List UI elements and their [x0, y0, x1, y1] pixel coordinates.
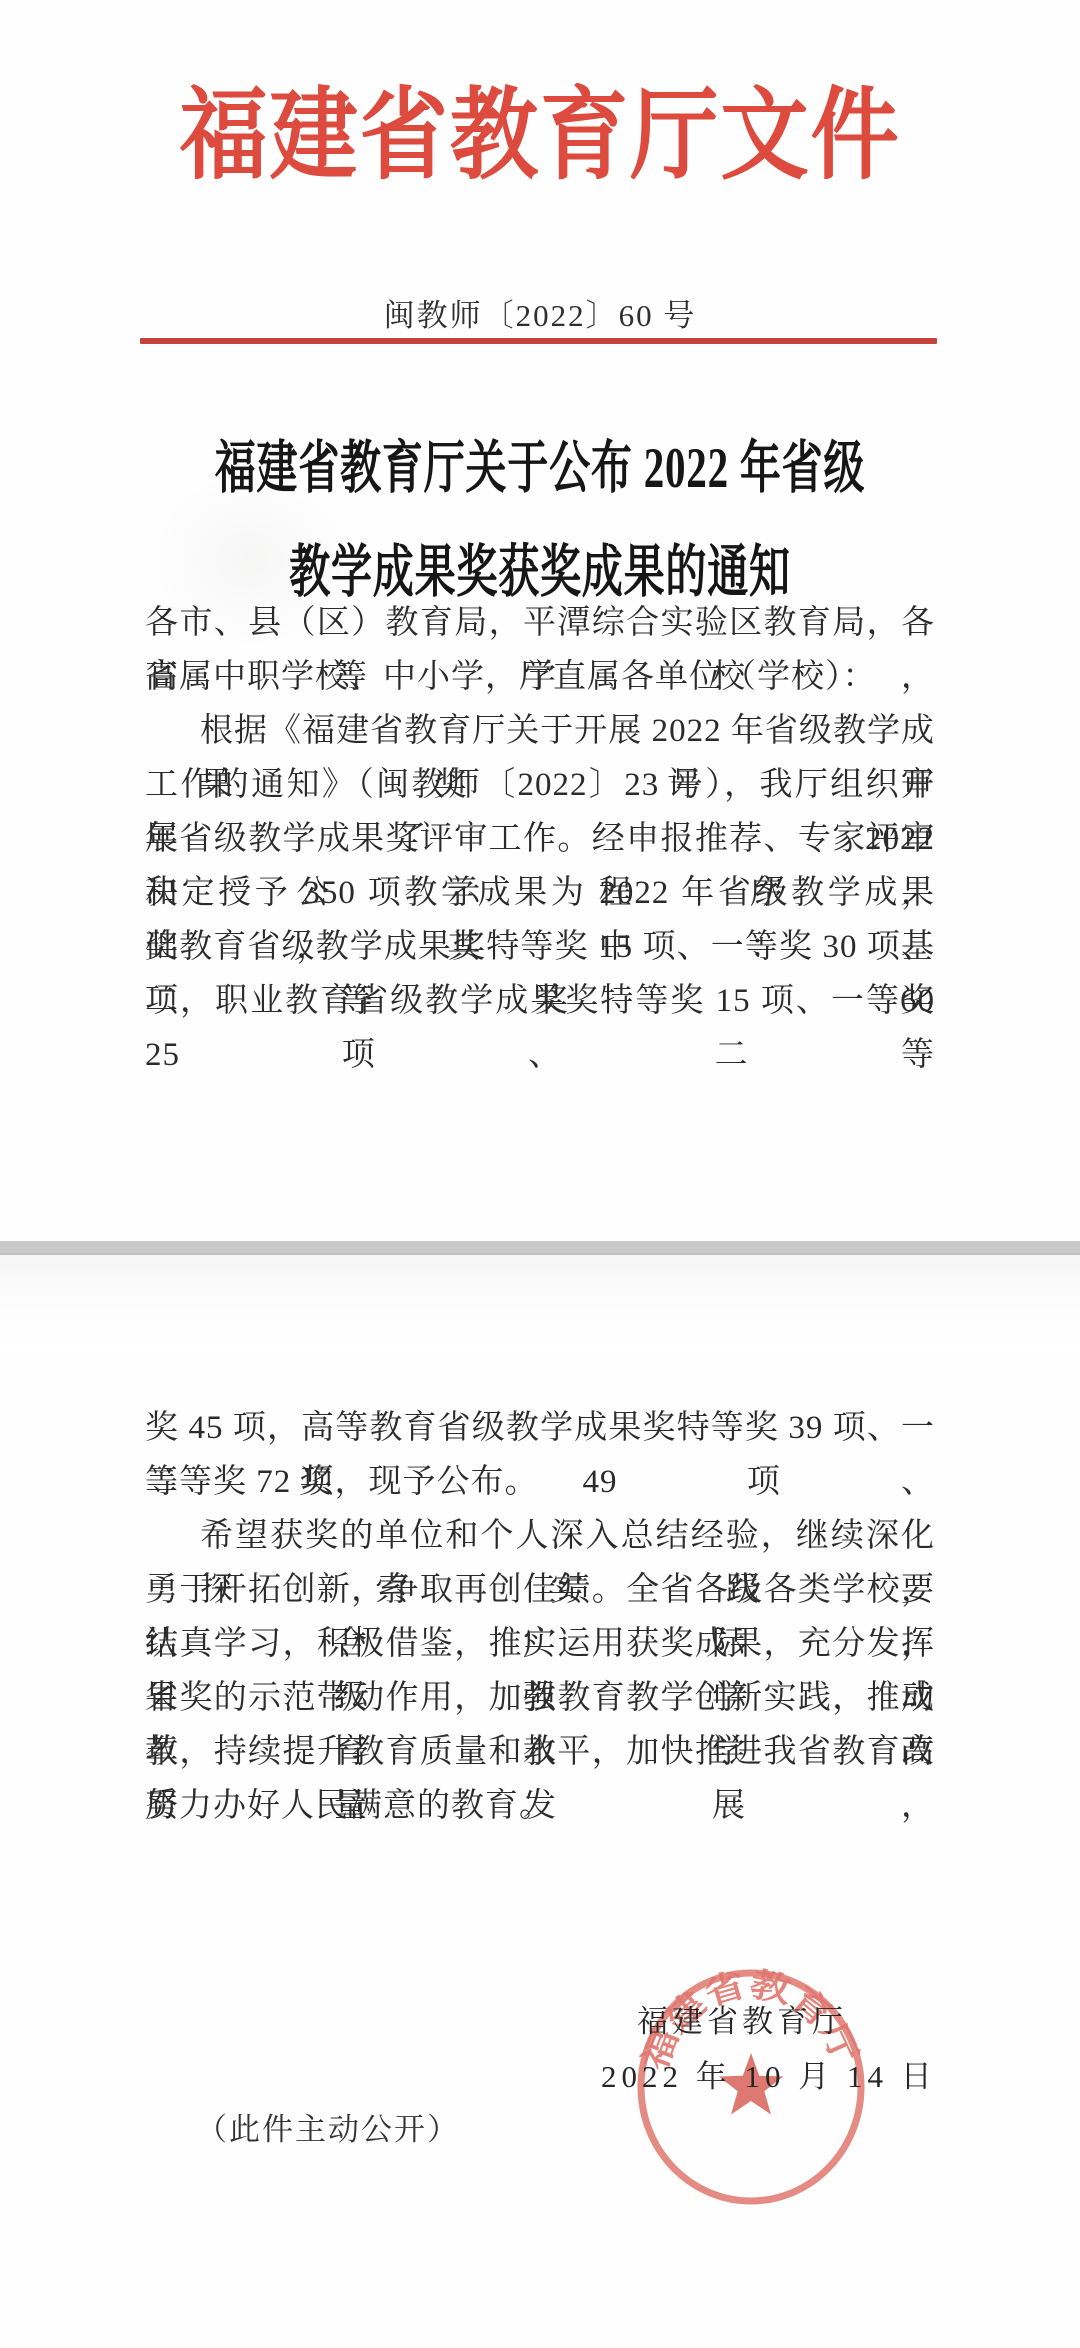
document-title-line2: 教学成果奖获奖成果的通知 [0, 541, 1080, 603]
page-separator-band [0, 1241, 1080, 1255]
body-line: 勇于开拓创新，争取再创佳绩。全省各级各类学校要结合实际， [145, 1563, 935, 1617]
body-line: 省属中职学校、中小学，厅直属各单位（学校）： [145, 650, 935, 704]
page1-body: 各市、县（区）教育局，平潭综合实验区教育局，各高等学校， 省属中职学校、中小学，… [145, 596, 935, 1028]
body-line: 奖 45 项，高等教育省级教学成果奖特等奖 39 项、一等奖 49 项、 [145, 1401, 935, 1455]
body-line: 根据《福建省教育厅关于开展 2022 年省级教学成果奖评审 [145, 704, 935, 758]
scanned-official-document: 福建省教育厅文件 闽教师〔2022〕60 号 福建省教育厅关于公布 2022 年… [0, 0, 1080, 2348]
body-line: 础教育省级教学成果奖特等奖 15 项、一等奖 30 项、二等奖 60 [145, 920, 935, 974]
body-line: 果奖的示范带动作用，加强教育教学创新实践，推动教育教学改 [145, 1671, 935, 1725]
body-line: 希望获奖的单位和个人深入总结经验，继续深化探索实践， [145, 1509, 935, 1563]
body-line: 革，持续提升教育质量和水平，加快推进我省教育高质量发展， [145, 1725, 935, 1779]
document-masthead: 福建省教育厅文件 [0, 78, 1080, 194]
document-title-line1: 福建省教育厅关于公布 2022 年省级 [0, 437, 1080, 499]
page2-top-shadow [0, 1255, 1080, 1350]
page2-body: 奖 45 项，高等教育省级教学成果奖特等奖 39 项、一等奖 49 项、 二等奖… [145, 1401, 935, 1833]
signature-agency: 福建省教育厅 [592, 2004, 892, 2040]
body-line: 年省级教学成果奖评审工作。经申报推荐、专家评审和公示程序， [145, 812, 935, 866]
document-number: 闽教师〔2022〕60 号 [0, 296, 1080, 336]
body-line: 认真学习，积极借鉴，推广运用获奖成果，充分发挥省级教学成 [145, 1617, 935, 1671]
body-line: 各市、县（区）教育局，平潭综合实验区教育局，各高等学校， [145, 596, 935, 650]
body-line: 项，职业教育省级教学成果奖特等奖 15 项、一等奖 25 项、二等 [145, 974, 935, 1028]
disclosure-note: （此件主动公开） [196, 2110, 460, 2150]
body-line: 决定授予 350 项教学成果为 2022 年省级教学成果奖，其中：基 [145, 866, 935, 920]
red-divider-rule [140, 338, 937, 344]
signature-date: 2022 年 10 月 14 日 [601, 2059, 901, 2095]
masthead-text: 福建省教育厅文件 [179, 76, 900, 197]
body-line: 工作的通知》（闽教师〔2022〕23 号），我厅组织开展了 2022 [145, 758, 935, 812]
